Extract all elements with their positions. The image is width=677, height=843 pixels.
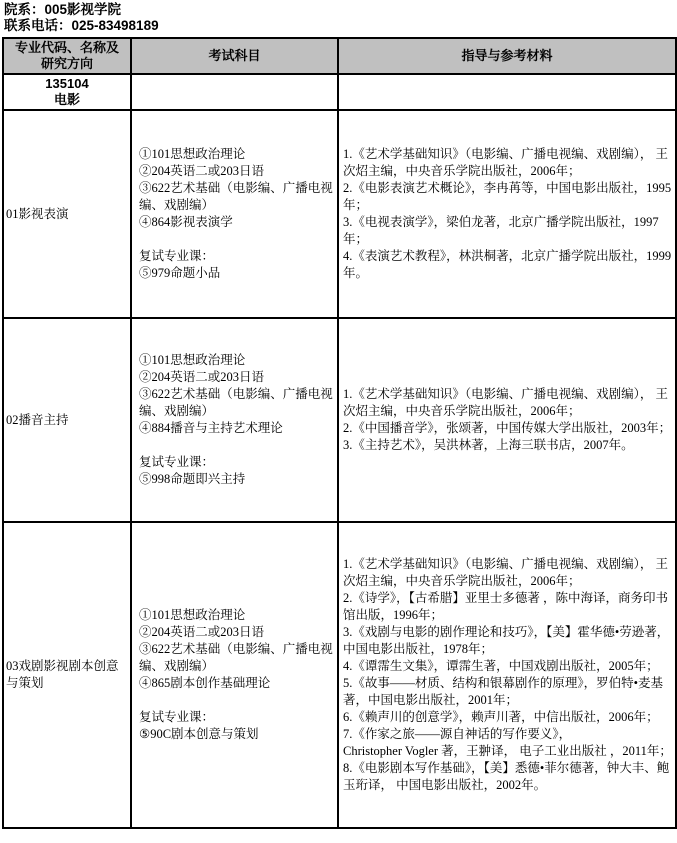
direction-cell: 01影视表演 bbox=[3, 110, 131, 318]
col-header-references: 指导与参考材料 bbox=[338, 38, 676, 74]
exam-subjects-cell: ①101思想政治理论 ②204英语二或203日语 ③622艺术基础（电影编、广播… bbox=[131, 318, 338, 522]
table-header: 专业代码、名称及 研究方向 考试科目 指导与参考材料 bbox=[3, 38, 676, 74]
direction-cell: 02播音主持 bbox=[3, 318, 131, 522]
phone-value: 025-83498189 bbox=[72, 18, 159, 33]
references-cell: 1.《艺术学基础知识》（电影编、广播电视编、戏剧编）， 王次炤主编，中央音乐学院… bbox=[338, 318, 676, 522]
program-code: 135104 bbox=[5, 76, 129, 92]
program-name: 电影 bbox=[5, 92, 129, 108]
phone-line: 联系电话：025-83498189 bbox=[0, 18, 677, 34]
col-header-exam-subjects: 考试科目 bbox=[131, 38, 338, 74]
program-code-name-cell: 135104 电影 bbox=[3, 74, 131, 110]
program-row: 135104 电影 bbox=[3, 74, 676, 110]
document-page: 院系：005影视学院 联系电话：025-83498189 专业代码、名称及 研究… bbox=[0, 0, 677, 843]
program-exam-empty-cell bbox=[131, 74, 338, 110]
col-header-program-code: 专业代码、名称及 研究方向 bbox=[3, 38, 131, 74]
header-row: 专业代码、名称及 研究方向 考试科目 指导与参考材料 bbox=[3, 38, 676, 74]
direction-row-03: 03戏剧影视剧本创意与策划 ①101思想政治理论 ②204英语二或203日语 ③… bbox=[3, 522, 676, 828]
direction-row-02: 02播音主持 ①101思想政治理论 ②204英语二或203日语 ③622艺术基础… bbox=[3, 318, 676, 522]
table-body: 135104 电影 01影视表演 ①101思想政治理论 ②204英语二或203日… bbox=[3, 74, 676, 828]
department-label: 院系： bbox=[4, 2, 45, 17]
references-cell: 1.《艺术学基础知识》（电影编、广播电视编、戏剧编）， 王次炤主编，中央音乐学院… bbox=[338, 110, 676, 318]
admissions-table: 专业代码、名称及 研究方向 考试科目 指导与参考材料 135104 电影 01影… bbox=[2, 37, 677, 829]
department-value: 005影视学院 bbox=[45, 2, 122, 17]
department-line: 院系：005影视学院 bbox=[0, 0, 677, 18]
direction-cell: 03戏剧影视剧本创意与策划 bbox=[3, 522, 131, 828]
direction-row-01: 01影视表演 ①101思想政治理论 ②204英语二或203日语 ③622艺术基础… bbox=[3, 110, 676, 318]
program-ref-empty-cell bbox=[338, 74, 676, 110]
exam-subjects-cell: ①101思想政治理论 ②204英语二或203日语 ③622艺术基础（电影编、广播… bbox=[131, 110, 338, 318]
exam-subjects-cell: ①101思想政治理论 ②204英语二或203日语 ③622艺术基础（电影编、广播… bbox=[131, 522, 338, 828]
references-cell: 1.《艺术学基础知识》（电影编、广播电视编、戏剧编）， 王次炤主编，中央音乐学院… bbox=[338, 522, 676, 828]
phone-label: 联系电话： bbox=[4, 18, 72, 33]
